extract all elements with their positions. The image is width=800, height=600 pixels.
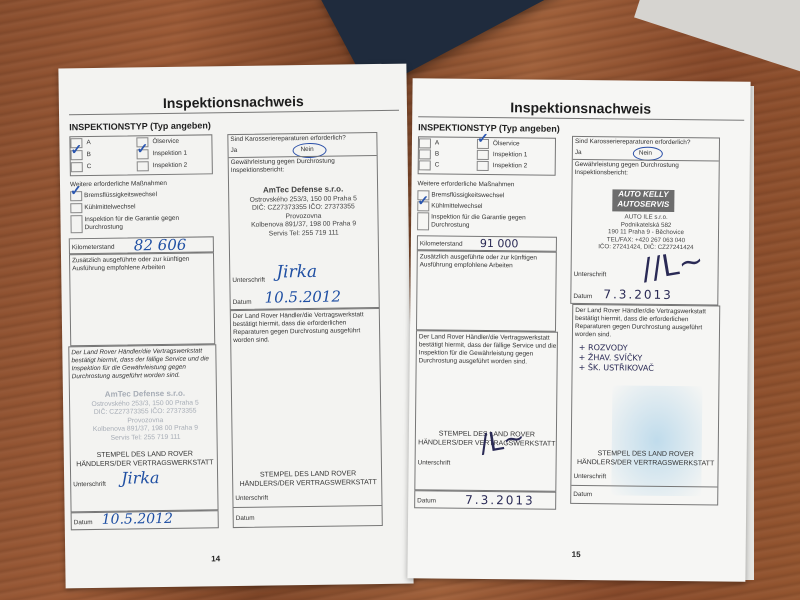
checkmark-icon: ✓	[70, 182, 82, 199]
repairs-confirmation-text: Der Land Rover Händler/die Vertragswerks…	[575, 307, 719, 341]
additional-work-field[interactable]: Zusätzlich ausgeführte oder zur künftige…	[69, 252, 215, 346]
dealer-stamp-faded: AmTec Defense s.r.o. Ostrovského 253/3, …	[80, 389, 211, 443]
body-repair-box: Sind Karosseriereparaturen erforderlich?…	[227, 132, 379, 310]
signature-label: Unterschrift	[574, 271, 607, 279]
checkbox-type-a[interactable]	[419, 138, 431, 148]
type-b-label: B	[435, 150, 439, 158]
date-value: 10.5.2012	[102, 511, 173, 528]
date-label: Datum	[417, 497, 436, 505]
checkbox-inspection-2[interactable]	[137, 161, 149, 171]
signature-label: Unterschrift	[573, 473, 606, 481]
handwritten-note: + ŽHAV. SVÍČKY	[579, 353, 643, 363]
page-title: Inspektionsnachweis	[510, 99, 651, 116]
signature-label: Unterschrift	[73, 481, 106, 489]
signature-label: Unterschrift	[235, 495, 268, 503]
additional-work-field[interactable]: Zusätzlich ausgeführte oder zur künftige…	[416, 250, 557, 331]
checkbox-inspection-2[interactable]	[477, 161, 489, 171]
date-value: 7.3.2013	[603, 287, 673, 302]
page-14: Inspektionsnachweis INSPEKTIONSTYP (Typ …	[58, 64, 413, 589]
inspection-1-label: Inspektion 1	[493, 151, 528, 159]
service-confirmation-box: Der Land Rover Händler/die Vertragswerks…	[68, 344, 218, 512]
title-divider	[69, 110, 399, 116]
warranty-label: Gewährleistung gegen Durchrostung Inspek…	[575, 161, 695, 178]
further-measures-label: Weitere erforderliche Maßnahmen	[417, 180, 514, 189]
handwritten-signature: Jirka	[121, 468, 160, 488]
repairs-confirmation-text: Der Land Rover Händler/die Vertragswerks…	[233, 311, 379, 345]
page-15: Inspektionsnachweis INSPEKTIONSTYP (Typ …	[407, 78, 750, 582]
divider	[234, 505, 382, 508]
section-header: INSPEKTIONSTYP (Typ angeben)	[69, 120, 211, 132]
title-divider	[418, 116, 744, 120]
rust-warranty-label: Inspektion für die Garantie gegen Durchr…	[431, 213, 541, 230]
inspection-2-label: Inspektion 2	[153, 162, 188, 170]
dealer-stamp: AmTec Defense s.r.o. Ostrovského 253/3, …	[233, 185, 374, 239]
service-confirmation-text: Der Land Rover Händler/die Vertragswerks…	[419, 333, 557, 366]
brake-fluid-label: Bremsflüssigkeitswechsel	[84, 191, 157, 200]
checkmark-icon: ✓	[136, 140, 148, 157]
option-ja[interactable]: Ja	[231, 147, 238, 155]
checkmark-icon: ✓	[417, 192, 429, 209]
stamp-label: STEMPEL DES LAND ROVER HÄNDLERS/DER VERT…	[71, 449, 219, 469]
warranty-label: Gewährleistung gegen Durchrostung Inspek…	[231, 157, 351, 175]
handwritten-note: + ROZVODY	[579, 343, 628, 353]
page-title: Inspektionsnachweis	[163, 93, 304, 111]
date-label: Datum	[233, 299, 252, 307]
signature-label: Unterschrift	[232, 277, 265, 285]
date-label: Datum	[573, 293, 592, 301]
checkbox-coolant[interactable]	[70, 203, 82, 213]
date-value: 10.5.2012	[264, 288, 341, 307]
body-repair-question: Sind Karosseriereparaturen erforderlich?	[575, 138, 691, 147]
rust-warranty-label: Inspektion für die Garantie gegen Durchr…	[84, 215, 194, 233]
body-repair-question: Sind Karosseriereparaturen erforderlich?	[230, 134, 346, 144]
type-b-label: B	[87, 151, 91, 159]
oil-service-label: Ölservice	[493, 140, 520, 148]
page-number: 14	[211, 554, 220, 563]
service-confirmation-text: Der Land Rover Händler/die Vertragswerks…	[71, 347, 213, 381]
inspection-2-label: Inspektion 2	[493, 162, 528, 170]
signature-label: Unterschrift	[418, 459, 451, 467]
stamp-label: STEMPEL DES LAND ROVER HÄNDLERS/DER VERT…	[572, 449, 720, 469]
date-value: 7.3.2013	[465, 493, 535, 508]
additional-work-label: Zusätzlich ausgeführte oder zur künftige…	[420, 253, 556, 270]
checkbox-type-c[interactable]	[419, 160, 431, 170]
km-value: 91 000	[480, 237, 519, 250]
brake-fluid-label: Bremsflüssigkeitswechsel	[431, 191, 504, 200]
repairs-confirmation-box: Der Land Rover Händler/die Vertragswerks…	[230, 308, 383, 528]
date-label: Datum	[74, 519, 93, 527]
km-label: Kilometerstand	[72, 244, 115, 253]
section-header: INSPEKTIONSTYP (Typ angeben)	[418, 122, 560, 133]
type-a-label: A	[86, 139, 90, 147]
auto-kelly-logo: AUTO KELLYAUTOSERVIS	[612, 189, 674, 212]
checkbox-rust-warranty[interactable]	[417, 212, 429, 230]
handwritten-signature: /ᒪ~	[478, 423, 527, 460]
checkbox-rust-warranty[interactable]	[70, 215, 82, 233]
faded-blue-stamp	[611, 385, 702, 496]
body-repair-box: Sind Karosseriereparaturen erforderlich?…	[570, 136, 720, 306]
service-confirmation-box: Der Land Rover Händler/die Vertragswerks…	[414, 330, 558, 491]
type-c-label: C	[435, 161, 440, 169]
inspection-1-label: Inspektion 1	[153, 150, 188, 158]
km-field[interactable]: Kilometerstand 91 000	[417, 235, 557, 251]
inspection-type-box: A B C ✓ Ölservice Inspektion 1 Inspektio…	[418, 136, 556, 175]
further-measures-label: Weitere erforderliche Maßnahmen	[70, 180, 167, 189]
bottom-date-field[interactable]: Datum 10.5.2012	[71, 510, 219, 530]
checkbox-inspection-1[interactable]	[477, 150, 489, 160]
stamp-label: STEMPEL DES LAND ROVER HÄNDLERS/DER VERT…	[233, 469, 383, 489]
additional-work-label: Zusätzlich ausgeführte oder zur künftige…	[72, 255, 212, 273]
oil-service-label: Ölservice	[152, 138, 179, 146]
date-label: Datum	[573, 491, 592, 499]
coolant-label: Kühlmittelwechsel	[84, 203, 135, 212]
type-c-label: C	[87, 163, 92, 171]
km-value: 82 606	[134, 236, 187, 255]
checkbox-type-c[interactable]	[71, 162, 83, 172]
type-a-label: A	[435, 139, 439, 147]
handwritten-note: + ŠK. USTŘIKOVAČ	[579, 363, 654, 373]
option-ja[interactable]: Ja	[575, 149, 582, 157]
checkmark-icon: ✓	[477, 130, 489, 147]
checkbox-type-b[interactable]	[419, 149, 431, 159]
page-number: 15	[572, 550, 581, 559]
inspection-type-box: A ✓ B C Ölservice ✓ Inspektion 1 Inspekt…	[69, 134, 213, 176]
handwritten-signature: Jirka	[276, 262, 317, 283]
coolant-label: Kühlmittelwechsel	[431, 202, 482, 211]
km-label: Kilometerstand	[420, 240, 463, 248]
bottom-date-field[interactable]: Datum 7.3.2013	[414, 490, 556, 509]
repairs-confirmation-box: Der Land Rover Händler/die Vertragswerks…	[570, 304, 720, 506]
date-label: Datum	[236, 515, 255, 523]
checkmark-icon: ✓	[70, 141, 82, 158]
